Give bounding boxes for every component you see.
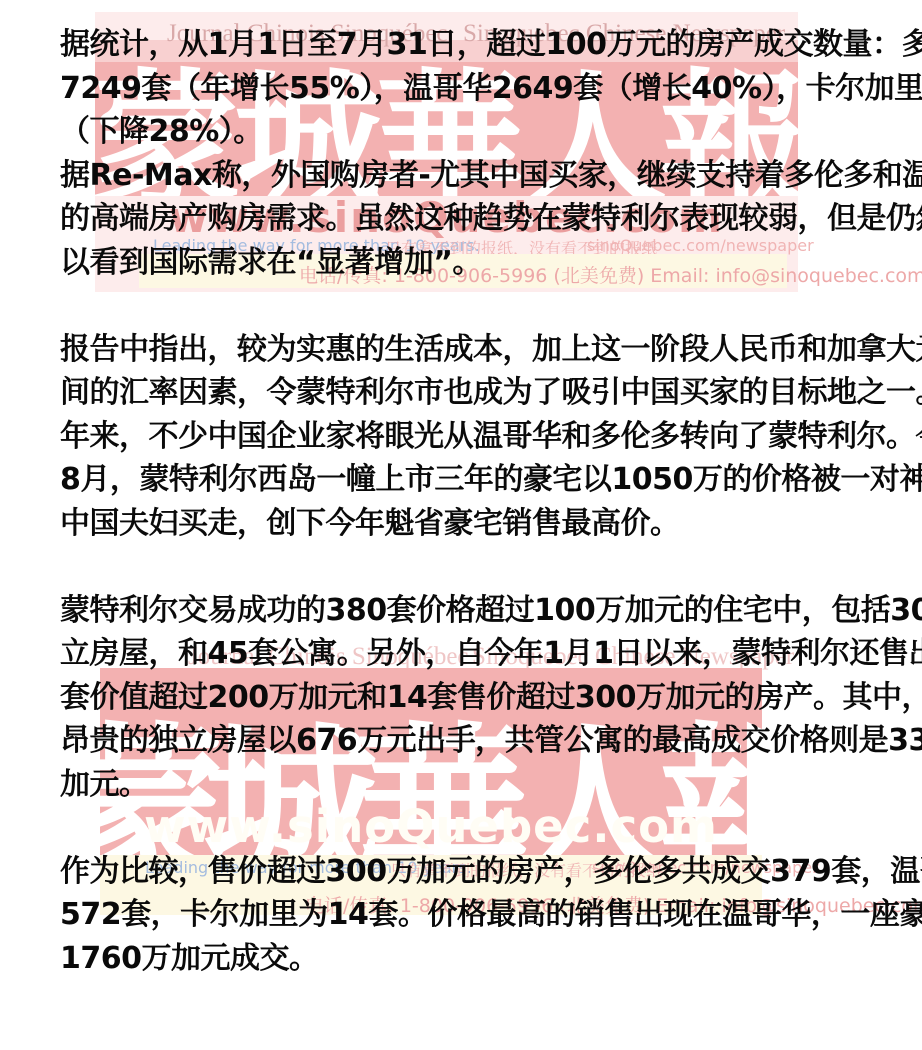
text-line: 立房屋，和45套公寓。另外，自今年1月1日以来，蒙特利尔还售出41	[60, 632, 890, 676]
text-line: 昂贵的独立房屋以676万元出手，共管公寓的最高成交价格则是330万	[60, 719, 890, 763]
text-line: 据统计，从1月1日至7月31日，超过100万元的房产成交数量：多伦多	[60, 23, 890, 67]
paragraph: 据统计，从1月1日至7月31日，超过100万元的房产成交数量：多伦多7249套（…	[60, 23, 890, 284]
paragraph: 作为比较，售价超过300万加元的房产，多伦多共成交379套，温哥华572套，卡尔…	[60, 850, 890, 981]
text-line: 8月，蒙特利尔西岛一幢上市三年的豪宅以1050万的价格被一对神秘的	[60, 458, 890, 502]
text-line: 加元。	[60, 763, 890, 807]
text-line: 作为比较，售价超过300万加元的房产，多伦多共成交379套，温哥华	[60, 850, 890, 894]
paragraph: 蒙特利尔交易成功的380套价格超过100万加元的住宅中，包括309套独立房屋，和…	[60, 589, 890, 807]
text-line: 的高端房产购房需求。虽然这种趋势在蒙特利尔表现较弱，但是仍然可	[60, 197, 890, 241]
paragraph: 报告中指出，较为实惠的生活成本，加上这一阶段人民币和加拿大元之间的汇率因素，令蒙…	[60, 328, 890, 546]
newspaper-article-page: Journal Chinois Sinoquébec Sinoquebec Ch…	[0, 0, 922, 1050]
article-body: 据统计，从1月1日至7月31日，超过100万元的房产成交数量：多伦多7249套（…	[60, 23, 890, 1024]
text-line: 年来，不少中国企业家将眼光从温哥华和多伦多转向了蒙特利尔。今年	[60, 415, 890, 459]
text-line: （下降28%）。	[60, 110, 890, 154]
text-line: 据Re-Max称，外国购房者-尤其中国买家，继续支持着多伦多和温哥华	[60, 154, 890, 198]
text-line: 报告中指出，较为实惠的生活成本，加上这一阶段人民币和加拿大元之	[60, 328, 890, 372]
text-line: 间的汇率因素，令蒙特利尔市也成为了吸引中国买家的目标地之一。近	[60, 371, 890, 415]
text-line: 7249套（年增长55%），温哥华2649套（增长40%），卡尔加里517套	[60, 67, 890, 111]
text-line: 572套，卡尔加里为14套。价格最高的销售出现在温哥华，一座豪宅以	[60, 893, 890, 937]
text-line: 以看到国际需求在“显著增加”。	[60, 241, 890, 285]
text-line: 蒙特利尔交易成功的380套价格超过100万加元的住宅中，包括309套独	[60, 589, 890, 633]
text-line: 1760万加元成交。	[60, 937, 890, 981]
text-line: 中国夫妇买走，创下今年魁省豪宅销售最高价。	[60, 502, 890, 546]
text-line: 套价值超过200万加元和14套售价超过300万加元的房产。其中，最为	[60, 676, 890, 720]
